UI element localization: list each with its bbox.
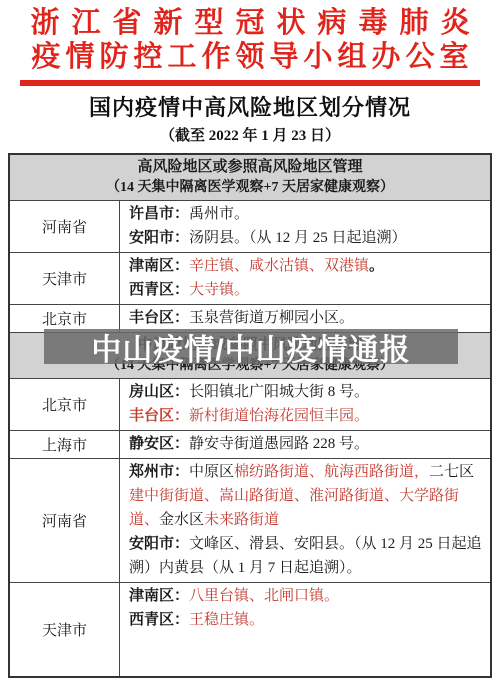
region-row: 河南省许昌市：禹州市。安阳市：汤阴县。（从 12 月 25 日起追溯） [10,200,490,252]
page-title: 国内疫情中高风险地区划分情况 [0,94,500,122]
area-line: 安阳市：文峰区、滑县、安阳县。（从 12 月 25 日起追溯）内黄县（从 1 月… [129,532,482,580]
area-line: 丰台区：新村街道怡海花园恒丰园。 [129,404,482,428]
region-row: 天津市津南区：辛庄镇、咸水沽镇、双港镇。西青区：大寺镇。 [10,252,490,304]
region-row: 北京市房山区：长阳镇北广阳城大街 8 号。丰台区：新村街道怡海花园恒丰园。 [10,378,490,430]
region-row: 上海市静安区：静安寺街道愚园路 228 号。 [10,430,490,458]
risk-table: 高风险地区或参照高风险地区管理（14 天集中隔离医学观察+7 天居家健康观察）河… [8,153,492,678]
red-divider [20,80,480,86]
areas-cell: 静安区：静安寺街道愚园路 228 号。 [120,431,490,458]
watermark-banner: 中山疫情/中山疫情通报 [44,329,458,364]
areas-cell: 许昌市：禹州市。安阳市：汤阴县。（从 12 月 25 日起追溯） [120,201,490,252]
area-line: 西青区：王稳庄镇。 [129,608,482,632]
document-page: 浙江省新型冠状病毒肺炎 疫情防控工作领导小组办公室 国内疫情中高风险地区划分情况… [0,0,500,694]
area-line: 许昌市：禹州市。 [129,202,482,226]
province-cell: 上海市 [10,431,120,458]
areas-cell: 房山区：长阳镇北广阳城大街 8 号。丰台区：新村街道怡海花园恒丰园。 [120,379,490,430]
area-line: 安阳市：汤阴县。（从 12 月 25 日起追溯） [129,226,482,250]
region-row: 河南省郑州市：中原区棉纺路街道、航海西路街道，二七区建中街街道、嵩山路街道、淮河… [10,458,490,582]
section-header: 高风险地区或参照高风险地区管理（14 天集中隔离医学观察+7 天居家健康观察） [10,155,490,200]
section-subtitle: （14 天集中隔离医学观察+7 天居家健康观察） [10,178,490,197]
area-line: 静安区：静安寺街道愚园路 228 号。 [129,432,482,456]
date-line: （截至 2022 年 1 月 23 日） [0,127,500,145]
province-cell: 河南省 [10,201,120,252]
area-line: 津南区：辛庄镇、咸水沽镇、双港镇。 [129,254,482,278]
areas-cell: 津南区：八里台镇、北闸口镇。西青区：王稳庄镇。 [120,583,490,676]
area-line: 房山区：长阳镇北广阳城大街 8 号。 [129,380,482,404]
section-title: 高风险地区或参照高风险地区管理 [10,157,490,178]
province-cell: 天津市 [10,253,120,304]
region-row: 天津市津南区：八里台镇、北闸口镇。西青区：王稳庄镇。 [10,582,490,676]
areas-cell: 津南区：辛庄镇、咸水沽镇、双港镇。西青区：大寺镇。 [120,253,490,304]
province-cell: 北京市 [10,379,120,430]
province-cell: 河南省 [10,459,120,582]
area-line: 郑州市：中原区棉纺路街道、航海西路街道，二七区建中街街道、嵩山路街道、淮河路街道… [129,460,482,532]
watermark-text: 中山疫情/中山疫情通报 [91,325,410,369]
province-cell: 天津市 [10,583,120,676]
letterhead-line1: 浙江省新型冠状病毒肺炎 [0,6,500,40]
area-line: 津南区：八里台镇、北闸口镇。 [129,584,482,608]
areas-cell: 郑州市：中原区棉纺路街道、航海西路街道，二七区建中街街道、嵩山路街道、淮河路街道… [120,459,490,582]
letterhead-line2: 疫情防控工作领导小组办公室 [0,40,500,74]
area-line: 西青区：大寺镇。 [129,278,482,302]
